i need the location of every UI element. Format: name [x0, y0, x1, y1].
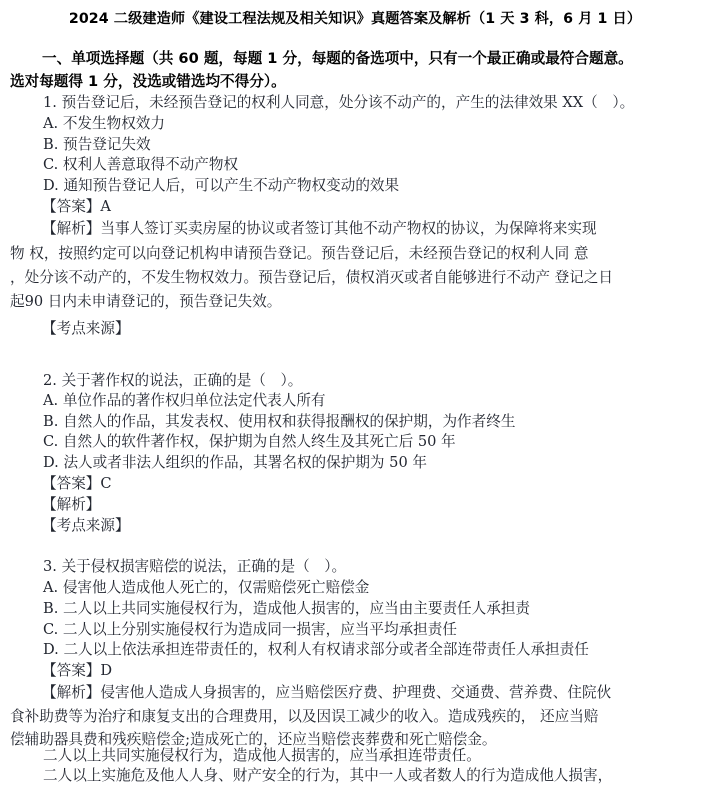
question-3-analysis-line-5: 二人以上实施危及他人人身、财产安全的行为，其中一人或者数人的行为造成他人损害，: [43, 766, 612, 786]
question-3-stem: 3. 关于侵权损害赔偿的说法，正确的是（ ）。: [43, 557, 346, 577]
question-1-option-a: A. 不发生物权效力: [43, 114, 165, 134]
question-1-stem: 1. 预告登记后，未经预告登记的权利人同意，处分该不动产的，产生的法律效果 XX…: [43, 93, 634, 113]
question-3-option-c: C. 二人以上分别实施侵权行为造成同一损害，应当平均承担责任: [43, 620, 457, 640]
question-2-answer: 【答案】C: [42, 474, 112, 494]
question-3-option-b: B. 二人以上共同实施侵权行为，造成他人损害的，应当由主要责任人承担责: [43, 599, 530, 619]
question-3-option-a: A. 侵害他人造成他人死亡的，仅需赔偿死亡赔偿金: [43, 578, 369, 598]
question-3-answer: 【答案】D: [42, 661, 112, 681]
question-2-option-c: C. 自然人的软件著作权，保护期为自然人终生及其死亡后 50 年: [43, 432, 456, 452]
question-1-option-c: C. 权利人善意取得不动产物权: [43, 155, 238, 175]
question-1-analysis-line-1: 【解析】当事人签订买卖房屋的协议或者签订其他不动产物权的协议，为保障将来实现: [42, 219, 597, 239]
question-1-source: 【考点来源】: [42, 319, 130, 339]
question-3-analysis-line-4: 二人以上共同实施侵权行为，造成他人损害的，应当承担连带责任。: [43, 746, 481, 766]
question-2-analysis: 【解析】: [42, 495, 100, 515]
question-3-option-d: D. 二人以上依法承担连带责任的，权利人有权请求部分或者全部连带责任人承担责任: [43, 640, 589, 660]
question-2-option-b: B. 自然人的作品，其发表权、使用权和获得报酬权的保护期，为作者终生: [43, 412, 515, 432]
question-2-source: 【考点来源】: [42, 516, 130, 536]
question-1-option-b: B. 预告登记失效: [43, 135, 151, 155]
section-heading-line-2: 选对每题得 1 分，没选或错选均不得分）。: [10, 72, 286, 92]
question-1-analysis-line-2: 物 权，按照约定可以向登记机构申请预告登记。预告登记后，未经预告登记的权利人同 …: [10, 244, 588, 264]
question-2-option-a: A. 单位作品的著作权归单位法定代表人所有: [43, 391, 326, 411]
document-title: 2024 二级建造师《建设工程法规及相关知识》真题答案及解析（1 天 3 科，6…: [0, 9, 710, 29]
question-2-option-d: D. 法人或者非法人组织的作品，其署名权的保护期为 50 年: [43, 453, 427, 473]
question-3-analysis-line-1: 【解析】侵害他人造成人身损害的，应当赔偿医疗费、护理费、交通费、营养费、住院伙: [42, 683, 611, 703]
document-page: 2024 二级建造师《建设工程法规及相关知识》真题答案及解析（1 天 3 科，6…: [0, 0, 710, 788]
question-1-answer: 【答案】A: [42, 197, 111, 217]
question-1-analysis-line-3: ，处分该不动产的，不发生物权效力。预告登记后，债权消灭或者自能够进行不动产 登记…: [10, 268, 613, 288]
question-2-stem: 2. 关于著作权的说法，正确的是（ ）。: [43, 371, 302, 391]
question-1-option-d: D. 通知预告登记人后，可以产生不动产物权变动的效果: [43, 176, 399, 196]
section-heading-line-1: 一、单项选择题（共 60 题，每题 1 分，每题的备选项中，只有一个最正确或最符…: [42, 49, 633, 69]
question-3-analysis-line-2: 食补助费等为治疗和康复支出的合理费用，以及因误工减少的收入。造成残疾的， 还应当…: [10, 707, 598, 727]
question-1-analysis-line-4: 起90 日内未申请登记的，预告登记失效。: [10, 292, 281, 312]
